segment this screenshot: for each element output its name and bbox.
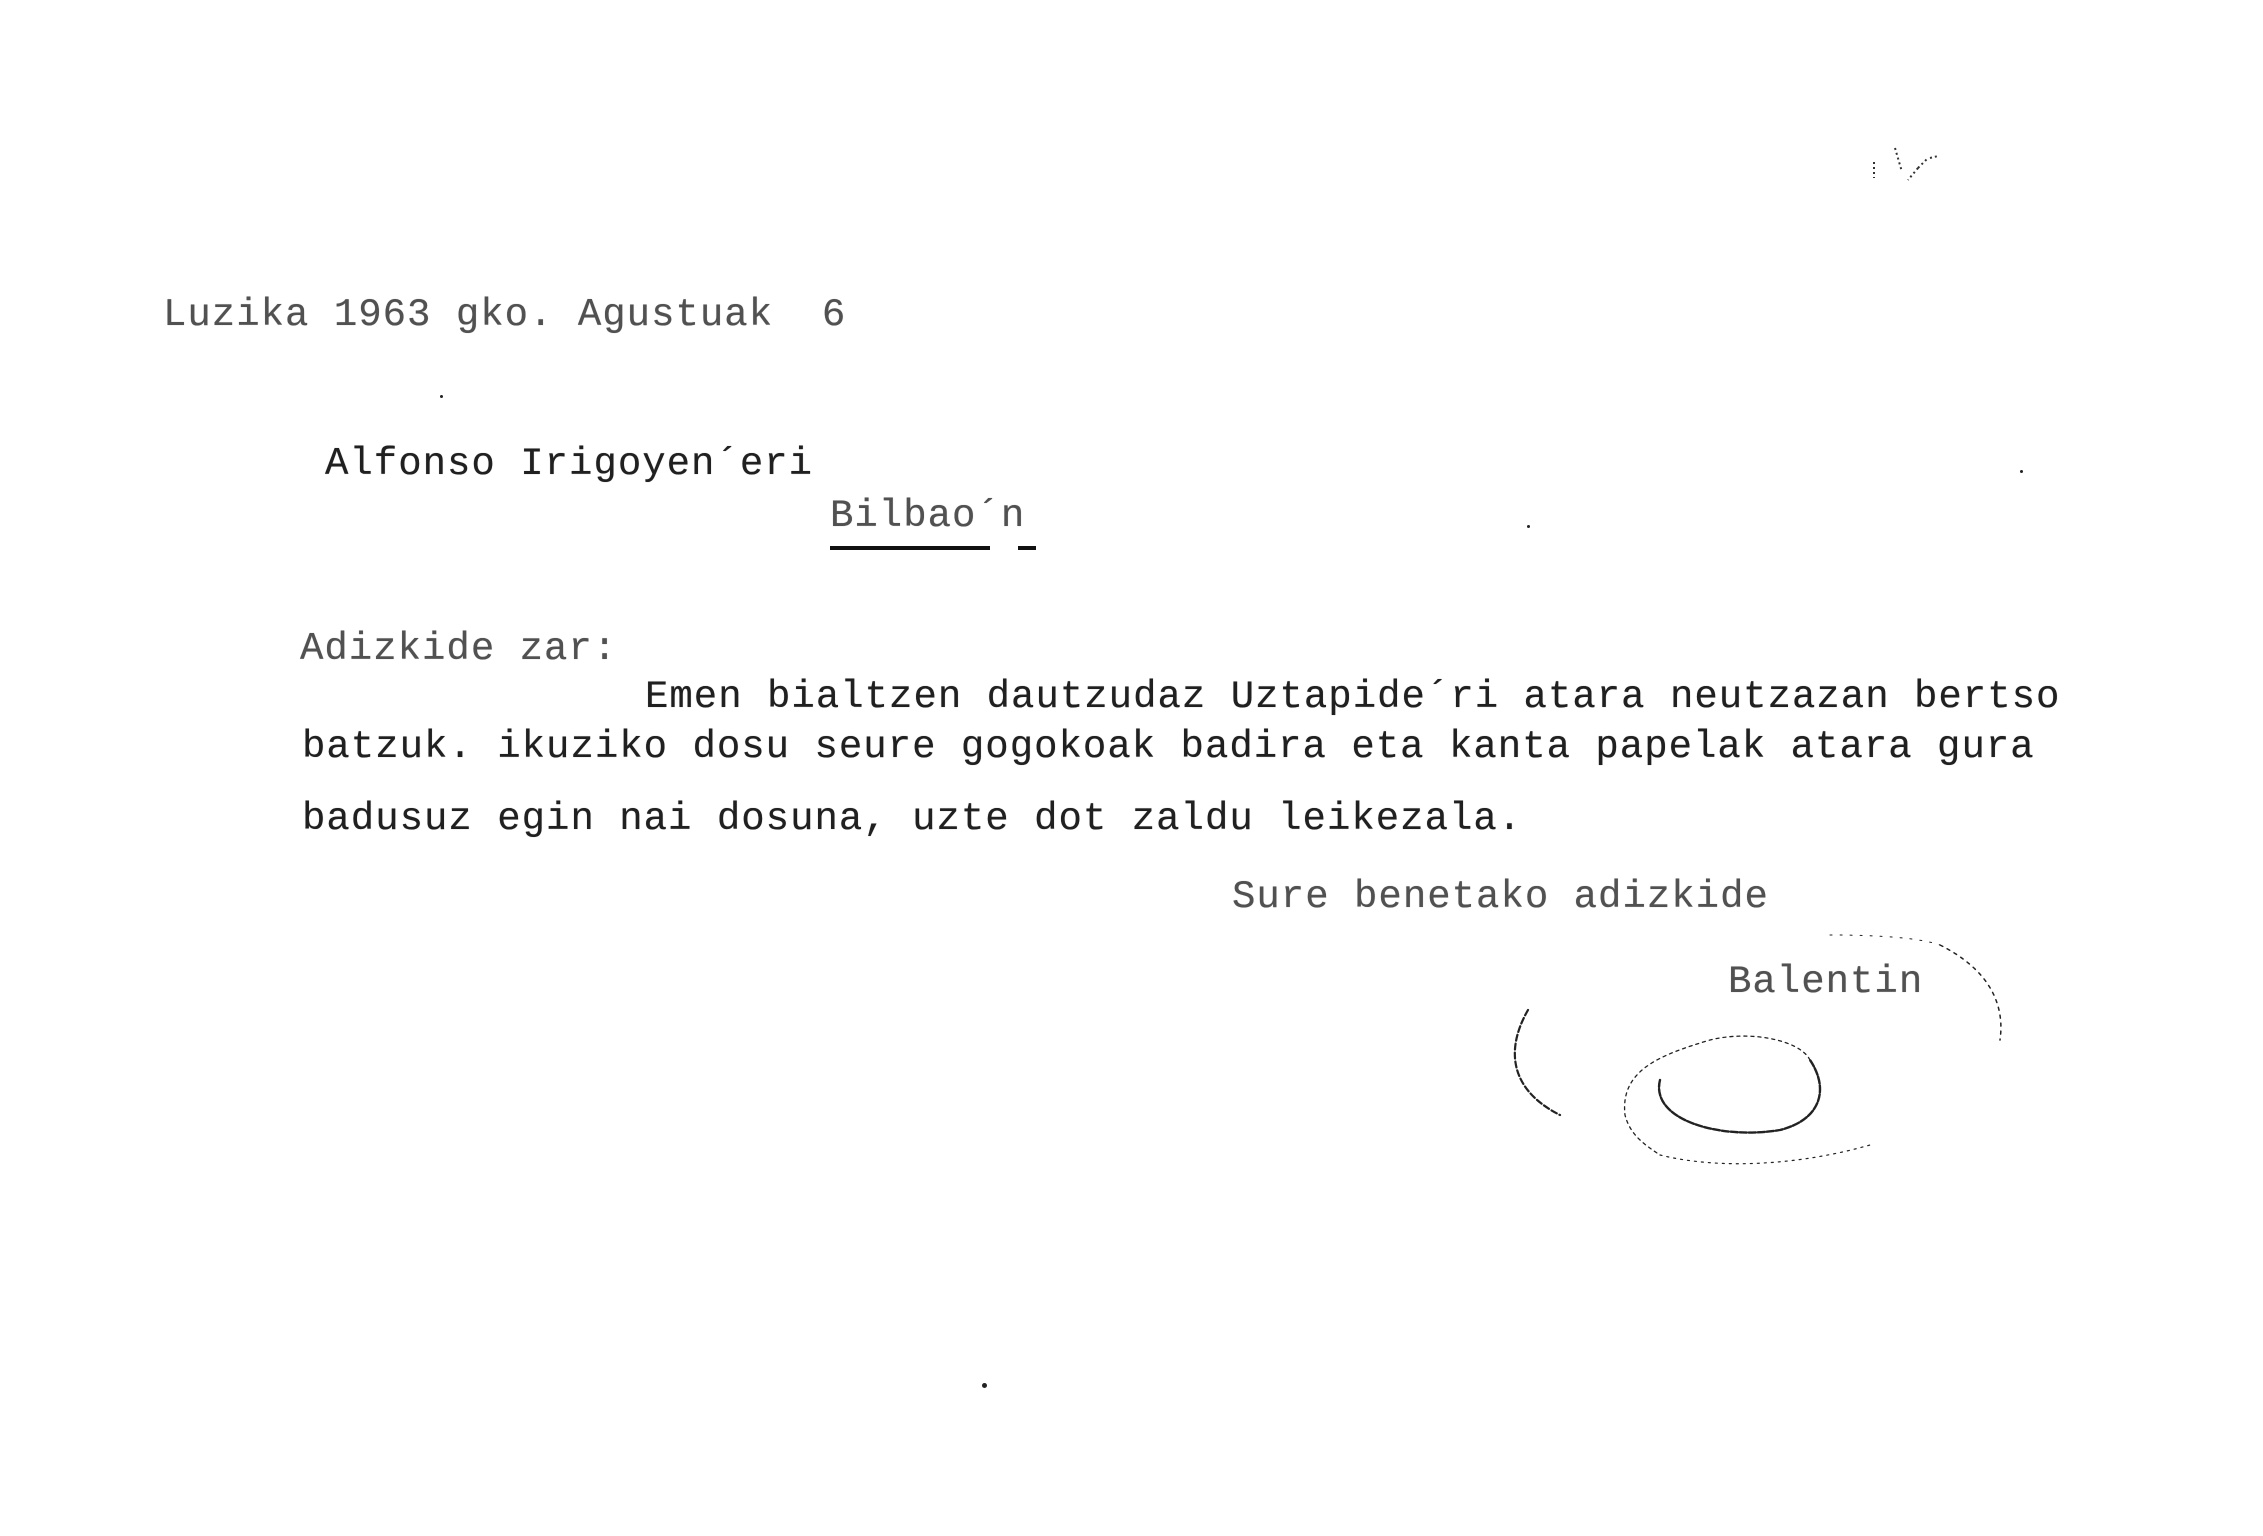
dateline: Luzika 1963 gko. Agustuak 6	[163, 296, 846, 335]
stray-mark	[1527, 525, 1530, 528]
place-underline-suffix	[1018, 546, 1036, 550]
stray-mark	[982, 1383, 987, 1388]
recipient-place: Bilbao´n	[830, 497, 1025, 536]
signature-flourish	[1500, 930, 2150, 1190]
closing: Sure benetako adizkide	[1232, 878, 1769, 917]
stray-mark	[440, 395, 443, 398]
place-underline	[830, 546, 990, 550]
page-number-mark	[1870, 140, 1950, 190]
letter-page: 127 Luzika 1963 gko. Agustuak 6 Alfonso …	[0, 0, 2263, 1536]
body-line-2: batzuk. ikuziko dosu seure gogokoak badi…	[302, 728, 2035, 767]
recipient-name: Alfonso Irigoyen´eri	[325, 445, 813, 484]
body-line-1: Emen bialtzen dautzudaz Uztapide´ri atar…	[645, 678, 2060, 717]
salutation: Adizkide zar:	[300, 630, 617, 669]
body-line-3: badusuz egin nai dosuna, uzte dot zaldu …	[302, 800, 1522, 839]
stray-mark	[2020, 470, 2023, 473]
